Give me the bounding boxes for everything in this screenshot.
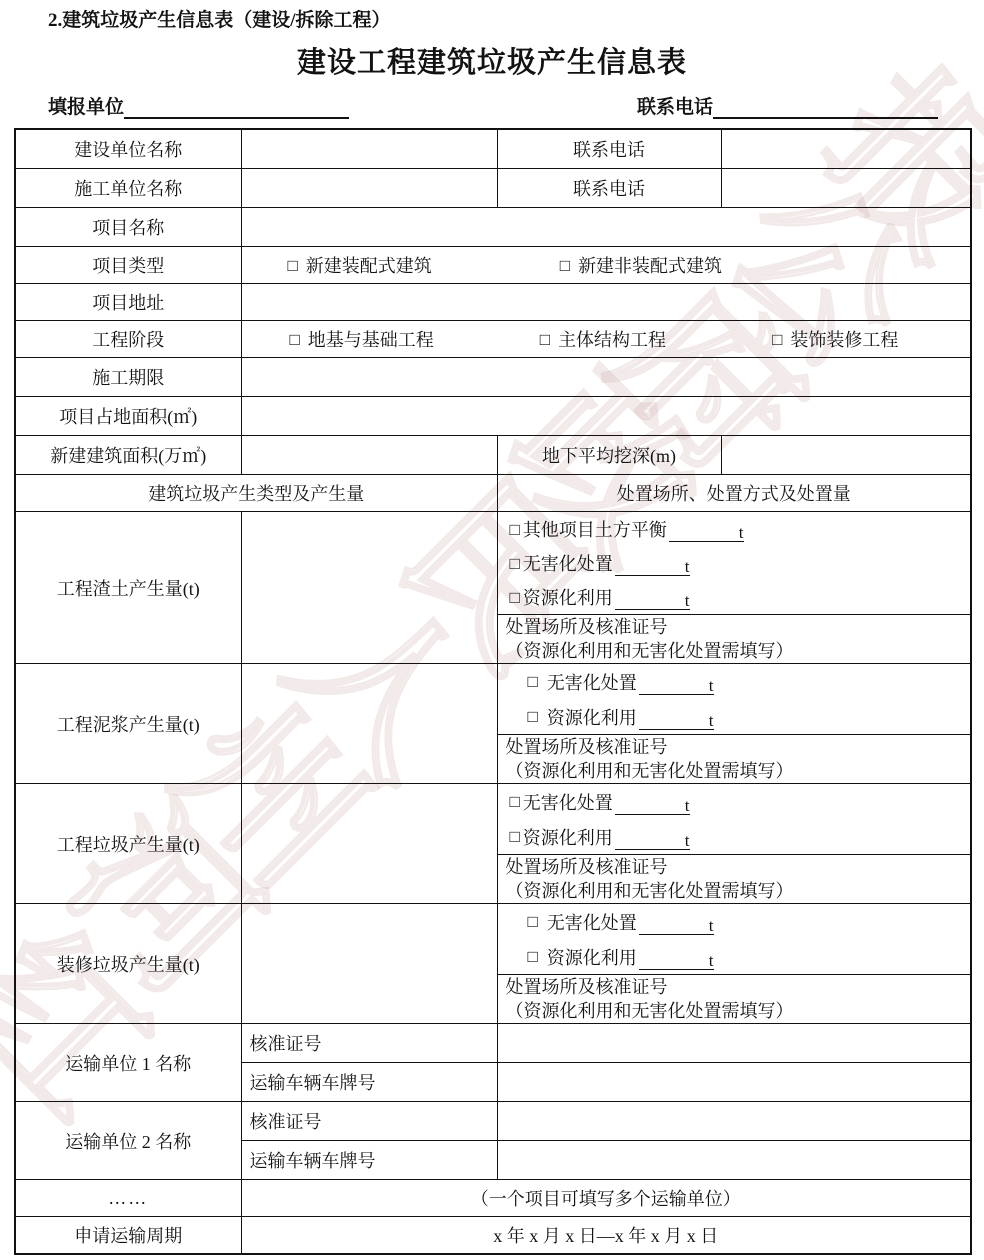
building-area-value-cell[interactable] <box>241 436 497 475</box>
checkbox-icon[interactable]: □ <box>510 521 520 538</box>
disposal-option: □ 无害化处置 t <box>528 669 714 695</box>
builder-unit-phone-cell[interactable] <box>721 169 971 208</box>
table-row: 工程泥浆产生量(t) □ 无害化处置 t □ 资源化利用 t <box>15 664 971 735</box>
option-structure-stage: □ 主体结构工程 <box>540 326 666 352</box>
more-transport-units-dots: …… <box>15 1180 241 1217</box>
slag-amount-value-cell[interactable] <box>241 512 497 664</box>
project-name-label: 项目名称 <box>15 208 241 247</box>
option-decoration-stage: □ 装饰装修工程 <box>772 326 898 352</box>
checkbox-icon[interactable]: □ <box>772 331 782 348</box>
checkbox-icon[interactable]: □ <box>288 257 298 274</box>
excavation-depth-label: 地下平均挖深(m) <box>497 436 721 475</box>
construction-unit-phone-label: 联系电话 <box>497 129 721 169</box>
option-label: 资源化利用 <box>547 704 637 730</box>
fill-in-blank[interactable]: t <box>615 797 690 815</box>
fill-in-blank[interactable]: t <box>669 524 744 542</box>
construction-waste-amount-label: 工程垃圾产生量(t) <box>15 784 241 904</box>
unit-label: t <box>685 592 690 609</box>
unit-label: t <box>709 917 714 934</box>
construction-waste-disposal-note-cell: 处置场所及核准证号 （资源化利用和无害化处置需填写） <box>497 855 971 904</box>
disposal-note-line2: （资源化利用和无害化处置需填写） <box>506 999 971 1023</box>
builder-unit-label: 施工单位名称 <box>15 169 241 208</box>
option-prefab-building: □ 新建装配式建筑 <box>288 252 432 278</box>
construction-period-label: 施工期限 <box>15 358 241 397</box>
checkbox-icon[interactable]: □ <box>528 708 538 725</box>
table-row: 建筑垃圾产生类型及产生量 处置场所、处置方式及处置量 <box>15 475 971 512</box>
fill-in-blank[interactable]: t <box>639 712 714 730</box>
transport-period-label: 申请运输周期 <box>15 1217 241 1255</box>
table-row: 工程垃圾产生量(t) □ 无害化处置 t □ 资源化利用 t <box>15 784 971 855</box>
disposal-option: □ 资源化利用 t <box>510 824 690 850</box>
option-label: 装饰装修工程 <box>790 326 898 352</box>
disposal-note-line2: （资源化利用和无害化处置需填写） <box>506 639 971 663</box>
unit-label: t <box>739 524 744 541</box>
table-row: 建设单位名称 联系电话 <box>15 129 971 169</box>
decoration-waste-disposal-note-cell: 处置场所及核准证号 （资源化利用和无害化处置需填写） <box>497 975 971 1024</box>
transport-unit-1-permit-cell[interactable] <box>497 1024 971 1063</box>
fill-in-blank[interactable]: t <box>615 832 690 850</box>
slurry-amount-value-cell[interactable] <box>241 664 497 784</box>
option-foundation-stage: □ 地基与基础工程 <box>290 326 434 352</box>
decoration-waste-disposal-options-cell: □ 无害化处置 t □ 资源化利用 t <box>497 904 971 975</box>
checkbox-icon[interactable]: □ <box>528 948 538 965</box>
construction-unit-phone-cell[interactable] <box>721 129 971 169</box>
unit-label: t <box>685 832 690 849</box>
decoration-waste-amount-label: 装修垃圾产生量(t) <box>15 904 241 1024</box>
transport-unit-1-plate-label: 运输车辆车牌号 <box>241 1063 497 1102</box>
checkbox-icon[interactable]: □ <box>510 589 520 606</box>
waste-info-form-table: 建设单位名称 联系电话 施工单位名称 联系电话 项目名称 项目类型 □ 新建装配… <box>14 128 972 1255</box>
transport-unit-1-permit-label: 核准证号 <box>241 1024 497 1063</box>
checkbox-icon[interactable]: □ <box>510 555 520 572</box>
transport-unit-2-plate-label: 运输车辆车牌号 <box>241 1141 497 1180</box>
slurry-disposal-note-cell: 处置场所及核准证号 （资源化利用和无害化处置需填写） <box>497 735 971 784</box>
unit-label: t <box>709 712 714 729</box>
project-address-label: 项目地址 <box>15 284 241 321</box>
table-row: …… （一个项目可填写多个运输单位） <box>15 1180 971 1217</box>
transport-period-value: x 年 x 月 x 日—x 年 x 月 x 日 <box>241 1217 971 1255</box>
table-row: 项目地址 <box>15 284 971 321</box>
building-area-label: 新建建筑面积(万㎡) <box>15 436 241 475</box>
checkbox-icon[interactable]: □ <box>510 828 520 845</box>
slurry-amount-label: 工程泥浆产生量(t) <box>15 664 241 784</box>
disposal-option: □ 无害化处置 t <box>510 789 690 815</box>
transport-unit-2-label: 运输单位 2 名称 <box>15 1102 241 1180</box>
option-label: 地基与基础工程 <box>308 326 434 352</box>
unit-label: t <box>685 797 690 814</box>
transport-unit-2-plate-cell[interactable] <box>497 1141 971 1180</box>
report-header-line: 填报单位 联系电话 <box>48 92 938 119</box>
disposal-note-line1: 处置场所及核准证号 <box>506 735 971 759</box>
construction-waste-disposal-options-cell: □ 无害化处置 t □ 资源化利用 t <box>497 784 971 855</box>
option-label: 无害化处置 <box>523 550 613 576</box>
slurry-disposal-options-cell: □ 无害化处置 t □ 资源化利用 t <box>497 664 971 735</box>
unit-label: t <box>685 558 690 575</box>
construction-period-value-cell[interactable] <box>241 358 971 397</box>
unit-label: t <box>709 952 714 969</box>
option-label: 新建非装配式建筑 <box>578 252 722 278</box>
project-type-options-cell: □ 新建装配式建筑 □ 新建非装配式建筑 <box>241 247 971 284</box>
table-row: 工程渣土产生量(t) □ 其他项目土方平衡 t □ 无害化处置 t □ <box>15 512 971 615</box>
table-row: 项目占地面积(㎡) <box>15 397 971 436</box>
builder-unit-value-cell[interactable] <box>241 169 497 208</box>
builder-unit-phone-label: 联系电话 <box>497 169 721 208</box>
option-label: 无害化处置 <box>523 789 613 815</box>
construction-unit-label: 建设单位名称 <box>15 129 241 169</box>
disposal-option: □ 资源化利用 t <box>528 944 714 970</box>
disposal-option: □ 无害化处置 t <box>528 909 714 935</box>
more-transport-units-note: （一个项目可填写多个运输单位） <box>241 1180 971 1217</box>
fill-in-blank[interactable]: t <box>639 952 714 970</box>
table-row: 装修垃圾产生量(t) □ 无害化处置 t □ 资源化利用 t <box>15 904 971 975</box>
fill-in-blank[interactable]: t <box>639 677 714 695</box>
table-row: 项目类型 □ 新建装配式建筑 □ 新建非装配式建筑 <box>15 247 971 284</box>
unit-label: t <box>709 677 714 694</box>
excavation-depth-value-cell[interactable] <box>721 436 971 475</box>
checkbox-icon[interactable]: □ <box>510 793 520 810</box>
project-name-value-cell[interactable] <box>241 208 971 247</box>
project-phase-options-cell: □ 地基与基础工程 □ 主体结构工程 □ 装饰装修工程 <box>241 321 971 358</box>
disposal-note-line2: （资源化利用和无害化处置需填写） <box>506 879 971 903</box>
checkbox-icon[interactable]: □ <box>528 673 538 690</box>
disposal-option: □ 无害化处置 t <box>510 550 690 576</box>
land-area-label: 项目占地面积(㎡) <box>15 397 241 436</box>
disposal-option: □ 资源化利用 t <box>510 584 690 610</box>
waste-right-header: 处置场所、处置方式及处置量 <box>497 475 971 512</box>
option-label: 其他项目土方平衡 <box>523 516 667 542</box>
option-label: 新建装配式建筑 <box>306 252 432 278</box>
option-label: 主体结构工程 <box>558 326 666 352</box>
report-unit-blank[interactable] <box>124 95 349 119</box>
report-phone-label: 联系电话 <box>637 92 713 119</box>
option-label: 资源化利用 <box>547 944 637 970</box>
construction-waste-amount-value-cell[interactable] <box>241 784 497 904</box>
table-row: 工程阶段 □ 地基与基础工程 □ 主体结构工程 □ 装饰装修工程 <box>15 321 971 358</box>
option-label: 资源化利用 <box>523 584 613 610</box>
table-row: 运输单位 2 名称 核准证号 <box>15 1102 971 1141</box>
disposal-note-line1: 处置场所及核准证号 <box>506 855 971 879</box>
option-label: 资源化利用 <box>523 824 613 850</box>
option-label: 无害化处置 <box>547 669 637 695</box>
construction-unit-value-cell[interactable] <box>241 129 497 169</box>
table-row: 项目名称 <box>15 208 971 247</box>
section-label: 2.建筑垃圾产生信息表（建设/拆除工程） <box>48 5 391 32</box>
page-title: 建设工程建筑垃圾产生信息表 <box>0 40 984 81</box>
report-unit-label: 填报单位 <box>48 92 124 119</box>
waste-left-header: 建筑垃圾产生类型及产生量 <box>15 475 497 512</box>
transport-unit-1-label: 运输单位 1 名称 <box>15 1024 241 1102</box>
option-label: 无害化处置 <box>547 909 637 935</box>
project-phase-label: 工程阶段 <box>15 321 241 358</box>
disposal-note-line1: 处置场所及核准证号 <box>506 975 971 999</box>
disposal-option: □ 资源化利用 t <box>528 704 714 730</box>
table-row: 申请运输周期 x 年 x 月 x 日—x 年 x 月 x 日 <box>15 1217 971 1255</box>
land-area-value-cell[interactable] <box>241 397 971 436</box>
project-address-value-cell[interactable] <box>241 284 971 321</box>
fill-in-blank[interactable]: t <box>639 917 714 935</box>
disposal-note-line2: （资源化利用和无害化处置需填写） <box>506 759 971 783</box>
table-row: 施工期限 <box>15 358 971 397</box>
disposal-option: □ 其他项目土方平衡 t <box>510 516 744 542</box>
checkbox-icon[interactable]: □ <box>560 257 570 274</box>
table-row: 施工单位名称 联系电话 <box>15 169 971 208</box>
option-nonprefab-building: □ 新建非装配式建筑 <box>560 252 722 278</box>
fill-in-blank[interactable]: t <box>615 558 690 576</box>
slag-disposal-options-cell: □ 其他项目土方平衡 t □ 无害化处置 t □ 资源化利用 t <box>497 512 971 615</box>
transport-unit-2-permit-label: 核准证号 <box>241 1102 497 1141</box>
checkbox-icon[interactable]: □ <box>290 331 300 348</box>
decoration-waste-amount-value-cell[interactable] <box>241 904 497 1024</box>
fill-in-blank[interactable]: t <box>615 592 690 610</box>
checkbox-icon[interactable]: □ <box>528 913 538 930</box>
report-phone-blank[interactable] <box>713 95 938 119</box>
project-type-label: 项目类型 <box>15 247 241 284</box>
table-row: 运输单位 1 名称 核准证号 <box>15 1024 971 1063</box>
table-row: 新建建筑面积(万㎡) 地下平均挖深(m) <box>15 436 971 475</box>
disposal-note-line1: 处置场所及核准证号 <box>506 615 971 639</box>
slag-disposal-note-cell: 处置场所及核准证号 （资源化利用和无害化处置需填写） <box>497 615 971 664</box>
checkbox-icon[interactable]: □ <box>540 331 550 348</box>
slag-amount-label: 工程渣土产生量(t) <box>15 512 241 664</box>
transport-unit-2-permit-cell[interactable] <box>497 1102 971 1141</box>
transport-unit-1-plate-cell[interactable] <box>497 1063 971 1102</box>
